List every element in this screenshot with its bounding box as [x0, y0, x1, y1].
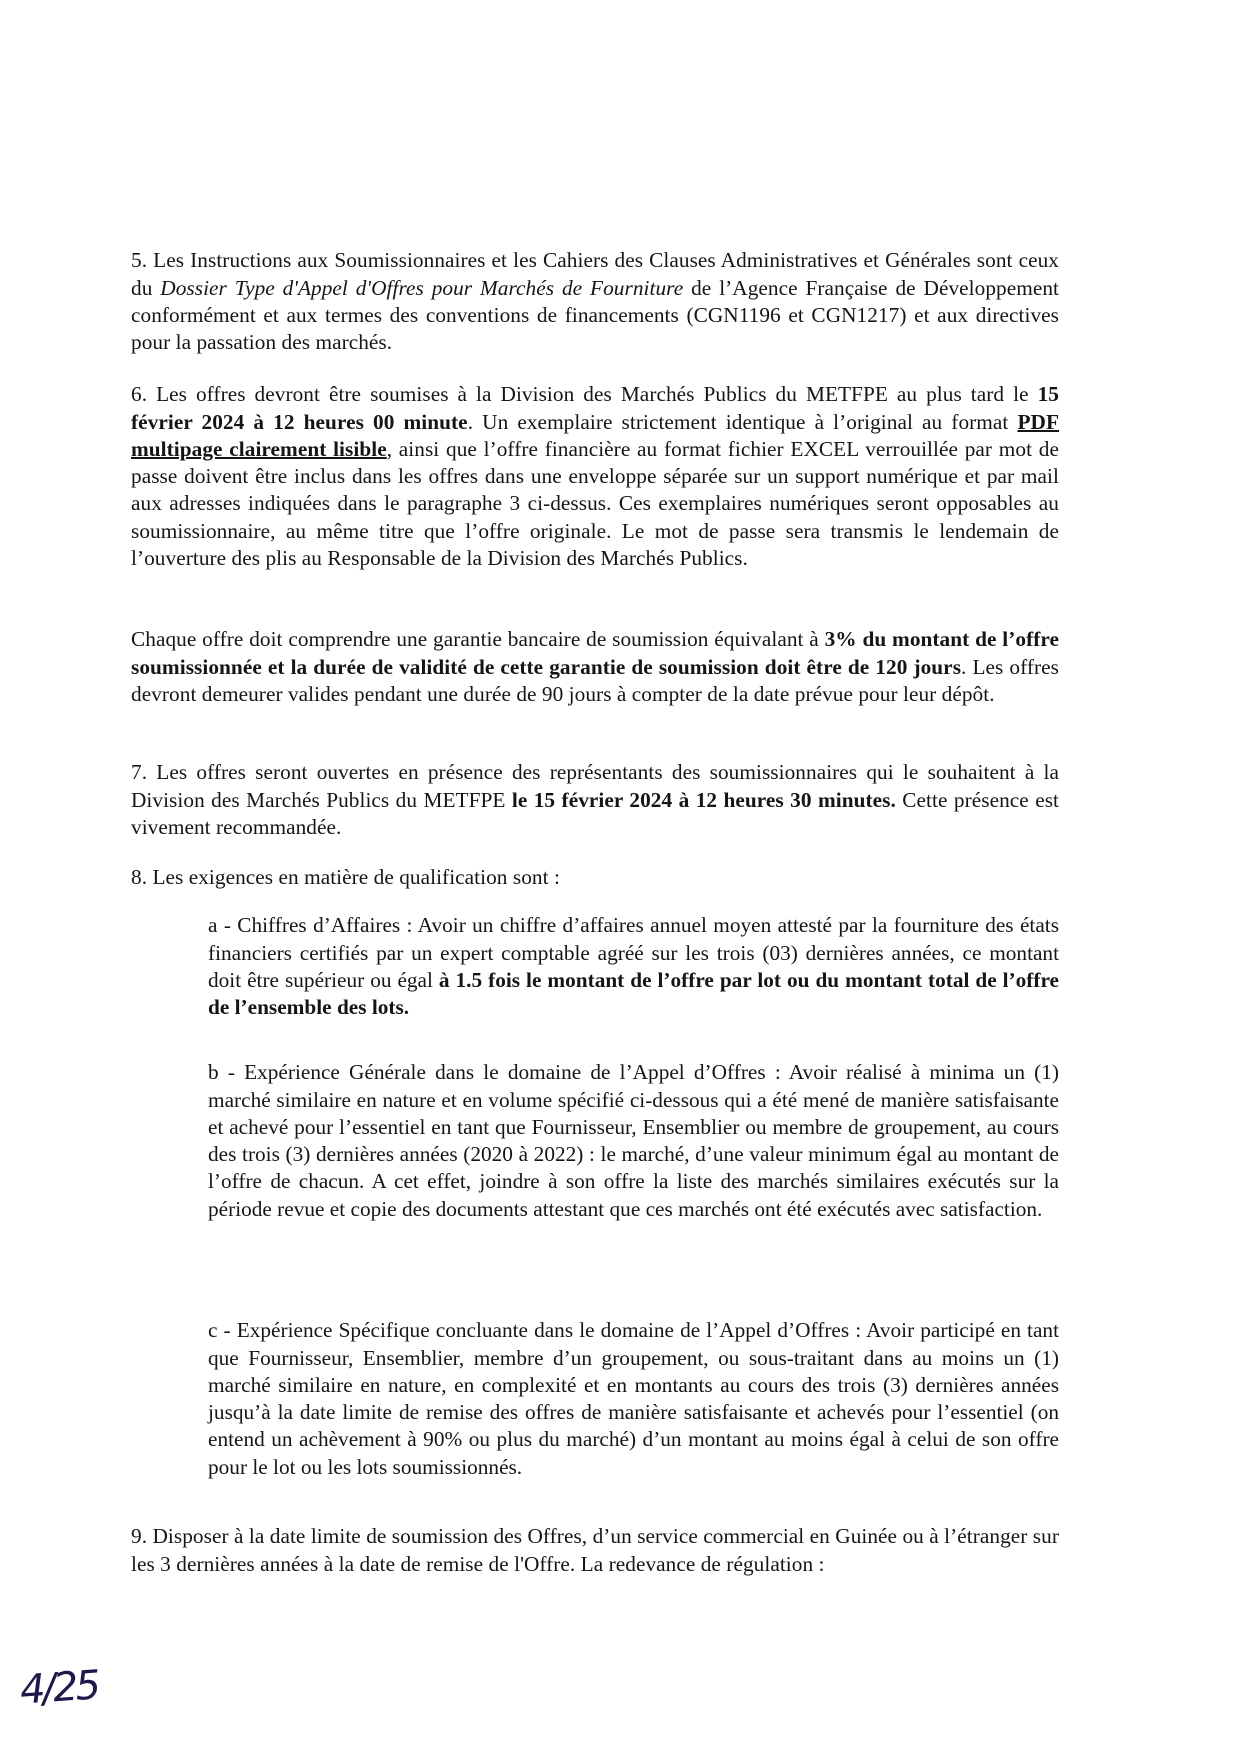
- handwritten-page-number: 4/25: [18, 1662, 99, 1713]
- text-run: . Un exemplaire strictement identique à …: [468, 410, 1018, 434]
- document-page: 5. Les Instructions aux Soumissionnaires…: [0, 0, 1240, 1754]
- paragraph-7-opening: 7. Les offres seront ouvertes en présenc…: [131, 759, 1059, 841]
- text-run: c - Expérience Spécifique concluante dan…: [208, 1318, 1059, 1478]
- qualification-a-turnover: a - Chiffres d’Affaires : Avoir un chiff…: [208, 912, 1059, 1021]
- paragraph-bid-guarantee: Chaque offre doit comprendre une garanti…: [131, 626, 1059, 708]
- text-run: Dossier Type d'Appel d'Offres pour March…: [160, 276, 683, 300]
- text-run: le 15 février 2024 à 12 heures 30 minute…: [512, 788, 896, 812]
- text-run: b - Expérience Générale dans le domaine …: [208, 1060, 1059, 1220]
- qualification-c-specific-experience: c - Expérience Spécifique concluante dan…: [208, 1317, 1059, 1481]
- text-run: 8. Les exigences en matière de qualifica…: [131, 865, 560, 889]
- paragraph-5-instructions: 5. Les Instructions aux Soumissionnaires…: [131, 247, 1059, 356]
- paragraph-8-qualification: 8. Les exigences en matière de qualifica…: [131, 864, 1059, 891]
- text-run: 6. Les offres devront être soumises à la…: [131, 382, 1038, 406]
- text-run: Chaque offre doit comprendre une garanti…: [131, 627, 825, 651]
- paragraph-9-commercial-service: 9. Disposer à la date limite de soumissi…: [131, 1523, 1059, 1578]
- text-run: 9. Disposer à la date limite de soumissi…: [131, 1524, 1059, 1575]
- paragraph-6-submission: 6. Les offres devront être soumises à la…: [131, 381, 1059, 572]
- qualification-b-general-experience: b - Expérience Générale dans le domaine …: [208, 1059, 1059, 1223]
